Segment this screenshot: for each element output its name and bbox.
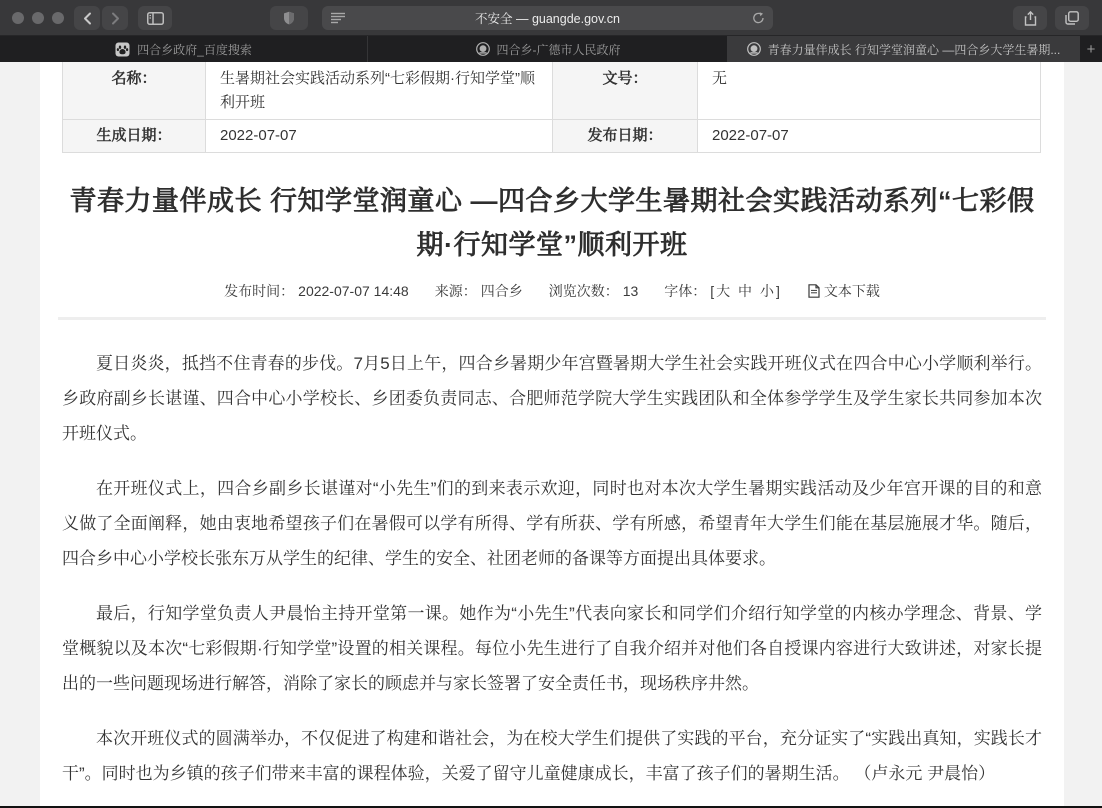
new-tab-button[interactable]: + xyxy=(1080,36,1102,62)
font-size-control[interactable]: 字体： [大 中 小] xyxy=(664,281,782,301)
document-infobox: 名称： 青春力量伴成长 行知学堂润童心 —四合乡大学生暑期社会实践活动系列“七彩… xyxy=(62,62,1042,153)
tab-gov-home[interactable]: 四合乡-广德市人民政府 xyxy=(369,36,727,62)
tabs-overview-icon xyxy=(1065,11,1079,25)
window-minimize-button[interactable] xyxy=(32,12,44,24)
view-count-label: 浏览次数： xyxy=(549,281,619,301)
tab-article-active[interactable]: 青春力量伴成长 行知学堂润童心 —四合乡大学生暑期... xyxy=(727,36,1080,62)
article-paragraph: 夏日炎炎，抵挡不住青春的步伐。7月5日上午，四合乡暑期少年宫暨暑期大学生社会实践… xyxy=(62,346,1042,451)
baidu-paw-icon xyxy=(115,42,130,57)
forward-button[interactable] xyxy=(102,6,128,30)
tab-title: 四合乡政府_百度搜索 xyxy=(137,41,252,58)
webpage-viewport: 名称： 青春力量伴成长 行知学堂润童心 —四合乡大学生暑期社会实践活动系列“七彩… xyxy=(0,62,1102,808)
article-body: 夏日炎炎，抵挡不住青春的步伐。7月5日上午，四合乡暑期少年宫暨暑期大学生社会实践… xyxy=(62,346,1042,791)
page-title: 青春力量伴成长 行知学堂润童心 —四合乡大学生暑期社会实践活动系列“七彩假期·行… xyxy=(62,179,1042,267)
view-count: 浏览次数： 13 xyxy=(549,281,639,301)
source: 来源： 四合乡 xyxy=(435,281,523,301)
document-icon xyxy=(808,284,820,298)
tab-overview-button[interactable] xyxy=(1055,6,1089,30)
infobox-created-label: 生成日期： xyxy=(63,120,206,153)
infobox-created-value: 2022-07-07 xyxy=(206,120,553,153)
chevron-right-icon xyxy=(111,12,120,25)
gov-emblem-icon xyxy=(747,42,761,56)
tab-title: 四合乡-广德市人民政府 xyxy=(497,41,621,58)
text-download-link[interactable]: 文本下载 xyxy=(808,281,880,301)
font-size-label: 字体： xyxy=(664,281,706,301)
chevron-left-icon xyxy=(83,12,92,25)
reader-icon[interactable] xyxy=(331,12,345,24)
gov-emblem-icon xyxy=(476,42,490,56)
infobox-published-value: 2022-07-07 xyxy=(698,120,1041,153)
reload-icon[interactable] xyxy=(752,11,765,25)
publish-time: 发布时间： 2022-07-07 14:48 xyxy=(224,281,409,301)
sidebar-toggle-button[interactable] xyxy=(138,6,172,30)
article-paragraph: 在开班仪式上，四合乡副乡长谌谨对“小先生”们的到来表示欢迎，同时也对本次大学生暑… xyxy=(62,471,1042,576)
tab-bar: 四合乡政府_百度搜索 四合乡-广德市人民政府 青春力量伴成长 行知学堂润 xyxy=(0,36,1102,62)
infobox-docnumber-label: 文号： xyxy=(553,62,698,120)
source-value: 四合乡 xyxy=(481,281,523,301)
publish-time-label: 发布时间： xyxy=(224,281,294,301)
window-zoom-button[interactable] xyxy=(52,12,64,24)
article-paragraph: 本次开班仪式的圆满举办，不仅促进了构建和谐社会，为在校大学生们提供了实践的平台，… xyxy=(62,721,1042,791)
font-size-options[interactable]: [大 中 小] xyxy=(710,281,782,301)
infobox-docnumber-value: 无 xyxy=(698,62,1041,120)
article-meta: 发布时间： 2022-07-07 14:48 来源： 四合乡 浏览次数： 13 … xyxy=(40,281,1064,301)
table-row: 名称： 青春力量伴成长 行知学堂润童心 —四合乡大学生暑期社会实践活动系列“七彩… xyxy=(63,62,1041,120)
section-divider xyxy=(58,317,1046,320)
infobox-published-label: 发布日期： xyxy=(553,120,698,153)
browser-window: 不安全 — guangde.gov.cn xyxy=(0,0,1102,808)
tab-baidu-search[interactable]: 四合乡政府_百度搜索 xyxy=(0,36,368,62)
article-paragraph: 最后，行知学堂负责人尹晨怡主持开堂第一课。她作为“小先生”代表向家长和同学们介绍… xyxy=(62,596,1042,701)
window-close-button[interactable] xyxy=(12,12,24,24)
share-icon xyxy=(1024,11,1037,26)
publish-time-value: 2022-07-07 14:48 xyxy=(298,283,409,299)
infobox-name-label: 名称： xyxy=(63,62,206,120)
back-button[interactable] xyxy=(74,6,100,30)
tab-title: 青春力量伴成长 行知学堂润童心 —四合乡大学生暑期... xyxy=(768,41,1061,58)
share-button[interactable] xyxy=(1013,6,1047,30)
browser-toolbar: 不安全 — guangde.gov.cn xyxy=(0,0,1102,36)
table-row: 生成日期： 2022-07-07 发布日期： 2022-07-07 xyxy=(63,120,1041,153)
sidebar-icon xyxy=(147,12,164,25)
privacy-report-button[interactable] xyxy=(270,6,308,30)
infobox-name-value: 青春力量伴成长 行知学堂润童心 —四合乡大学生暑期社会实践活动系列“七彩假期·行… xyxy=(206,62,553,120)
shield-icon xyxy=(283,11,295,25)
address-bar[interactable]: 不安全 — guangde.gov.cn xyxy=(322,6,773,30)
text-download-label: 文本下载 xyxy=(824,281,880,301)
source-label: 来源： xyxy=(435,281,477,301)
view-count-value: 13 xyxy=(623,283,639,299)
address-text: 不安全 — guangde.gov.cn xyxy=(322,9,773,27)
article-container: 名称： 青春力量伴成长 行知学堂润童心 —四合乡大学生暑期社会实践活动系列“七彩… xyxy=(40,62,1064,808)
